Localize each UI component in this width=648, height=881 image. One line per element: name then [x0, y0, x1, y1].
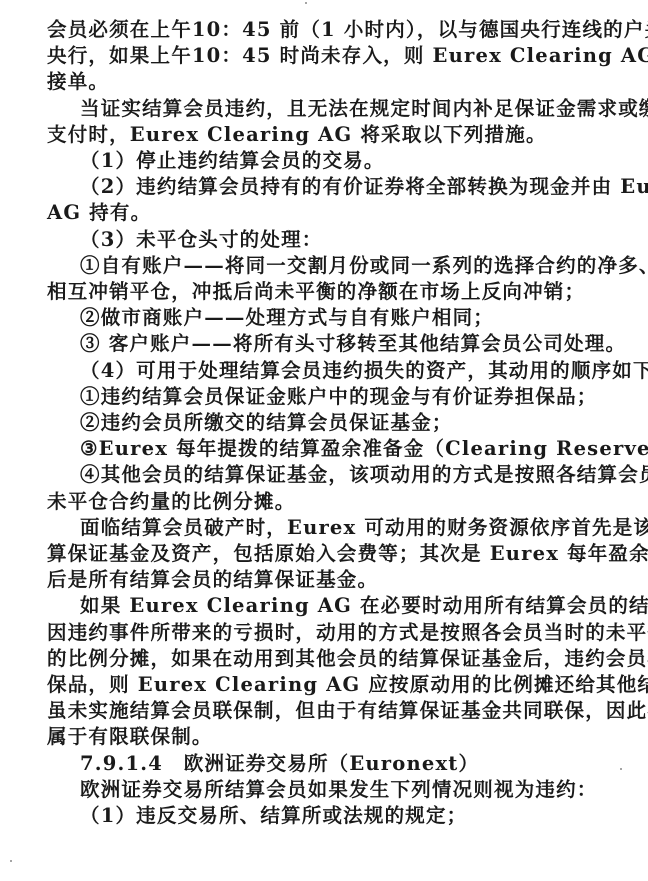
text-line: 后是所有结算会员的结算保证基金。: [47, 569, 378, 591]
text-line: （1）停止违约结算会员的交易。: [80, 150, 385, 172]
text-line: ②做市商账户——处理方式与自有账户相同；: [80, 307, 494, 329]
document-page: 会员必须在上午10：45 前（1 小时内），以与德国央行连线的户头电汇存入央行，…: [0, 0, 648, 881]
text-line: 的比例分摊，如果在动用到其他会员的结算保证基金后，违约会员再提供担: [47, 648, 597, 670]
text-line: ①违约结算会员保证金账户中的现金与有价证券担保品；: [80, 386, 598, 408]
text-line: 接单。: [47, 71, 109, 93]
text-line: 面临结算会员破产时，Eurex 可动用的财务资源依序首先是该会员的结: [80, 517, 597, 539]
text-line: 会员必须在上午10：45 前（1 小时内），以与德国央行连线的户头电汇存入: [47, 19, 597, 41]
text-line: ③Eurex 每年提拨的结算盈余准备金（Clearing Reserves）；: [80, 438, 648, 460]
text-line: （1）违反交易所、结算所或法规的规定；: [80, 805, 467, 827]
text-line: 相互冲销平仓，冲抵后尚未平衡的净额在市场上反向冲销；: [47, 281, 585, 303]
text-line: ①自有账户——将同一交割月份或同一系列的选择合约的净多、空头寸: [80, 255, 597, 277]
text-line: 属于有限联保制。: [47, 726, 213, 748]
scan-speck: [10, 860, 12, 862]
text-line: 算保证基金及资产，包括原始入会费等；其次是 Eurex 每年盈余准备金；最: [47, 543, 597, 565]
text-line: 未平仓合约量的比例分摊。: [47, 491, 295, 513]
scan-speck: [595, 627, 597, 629]
text-line: （4）可用于处理结算会员违约损失的资产，其动用的顺序如下：: [80, 360, 648, 382]
scan-speck: [305, 2, 307, 4]
text-line: 保品，则 Eurex Clearing AG 应按原动用的比例摊还给其他结算会员…: [47, 674, 597, 696]
text-line: 虽未实施结算会员联保制，但由于有结算保证基金共同联保，因此在意义上: [47, 700, 597, 722]
text-line: （2）违约结算会员持有的有价证券将全部转换为现金并由 Eurex Clearin…: [80, 176, 597, 198]
text-line: 央行，如果上午10：45 时尚未存入，则 Eurex Clearing AG 将…: [47, 45, 597, 67]
text-line: ④其他会员的结算保证基金，该项动用的方式是按照各结算会员当时的: [80, 464, 597, 486]
text-line: 欧洲证券交易所结算会员如果发生下列情况则视为违约：: [80, 779, 598, 801]
text-line: ②违约会员所缴交的结算会员保证基金；: [80, 412, 453, 434]
scan-speck: [620, 768, 622, 770]
text-line: （3）未平仓头寸的处理：: [80, 229, 322, 251]
text-line: 支付时，Eurex Clearing AG 将采取以下列措施。: [47, 124, 547, 146]
text-line: 如果 Eurex Clearing AG 在必要时动用所有结算会员的结算保证基金…: [80, 595, 597, 617]
text-line: 当证实结算会员违约，且无法在规定时间内补足保证金需求或缴纳清算: [80, 98, 597, 120]
text-line: 因违约事件所带来的亏损时，动用的方式是按照各会员当时的未平仓合约量: [47, 622, 597, 644]
text-line: AG 持有。: [47, 202, 151, 224]
text-line: ③ 客户账户——将所有头寸移转至其他结算会员公司处理。: [80, 333, 626, 355]
text-line: 7.9.1.4 欧洲证券交易所（Euronext）: [80, 753, 479, 775]
